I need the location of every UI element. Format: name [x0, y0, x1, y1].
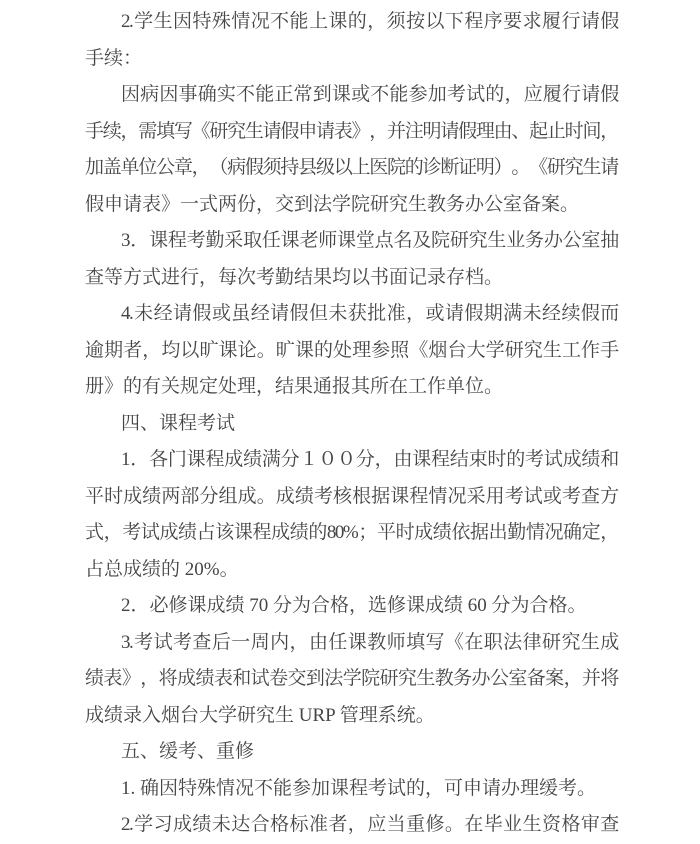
document-body: 2.学生因特殊情况不能上课的，须按以下程序要求履行请假手续：因病因事确实不能正常…: [85, 4, 618, 844]
text-line: 加盖单位公章，（病假须持县级以上医院的诊断证明）。《研究生请: [85, 150, 618, 187]
text-line: 册》的有关规定处理，结果通报其所在工作单位。: [85, 369, 618, 406]
text-line: 平时成绩两部分组成。成绩考核根据课程情况采用考试或考查方: [85, 479, 618, 516]
text-line: 3.考试考查后一周内，由任课教师填写《在职法律研究生成: [85, 625, 618, 662]
text-line: 假申请表》一式两份，交到法学院研究生教务办公室备案。: [85, 187, 618, 224]
text-line: 3．课程考勤采取任课老师课堂点名及院研究生业务办公室抽: [85, 223, 618, 260]
text-line: 式，考试成绩占该课程成绩的80%；平时成绩依据出勤情况确定，: [85, 515, 618, 552]
section-heading: 五、缓考、重修: [85, 734, 618, 771]
section-heading: 四、课程考试: [85, 406, 618, 443]
text-line: 4.未经请假或虽经请假但未获批准，或请假期满未经续假而: [85, 296, 618, 333]
text-line: 2.学生因特殊情况不能上课的，须按以下程序要求履行请假: [85, 4, 618, 41]
text-line: 1. 确因特殊情况不能参加课程考试的，可申请办理缓考。: [85, 771, 618, 808]
text-line: 查等方式进行，每次考勤结果均以书面记录存档。: [85, 260, 618, 297]
text-line: 绩表》，将成绩表和试卷交到法学院研究生教务办公室备案，并将: [85, 661, 618, 698]
text-line: 2.学习成绩未达合格标准者，应当重修。在毕业生资格审查: [85, 807, 618, 844]
text-line: 手续：: [85, 41, 618, 78]
text-line: 占总成绩的 20%。: [85, 552, 618, 589]
document-page: 2.学生因特殊情况不能上课的，须按以下程序要求履行请假手续：因病因事确实不能正常…: [0, 0, 700, 844]
text-line: 1．各门课程成绩满分１００分，由课程结束时的考试成绩和: [85, 442, 618, 479]
text-line: 手续，需填写《研究生请假申请表》，并注明请假理由、起止时间，: [85, 114, 618, 151]
text-line: 2．必修课成绩 70 分为合格，选修课成绩 60 分为合格。: [85, 588, 618, 625]
text-line: 逾期者，均以旷课论。旷课的处理参照《烟台大学研究生工作手: [85, 333, 618, 370]
text-line: 因病因事确实不能正常到课或不能参加考试的，应履行请假: [85, 77, 618, 114]
text-line: 成绩录入烟台大学研究生 URP 管理系统。: [85, 698, 618, 735]
